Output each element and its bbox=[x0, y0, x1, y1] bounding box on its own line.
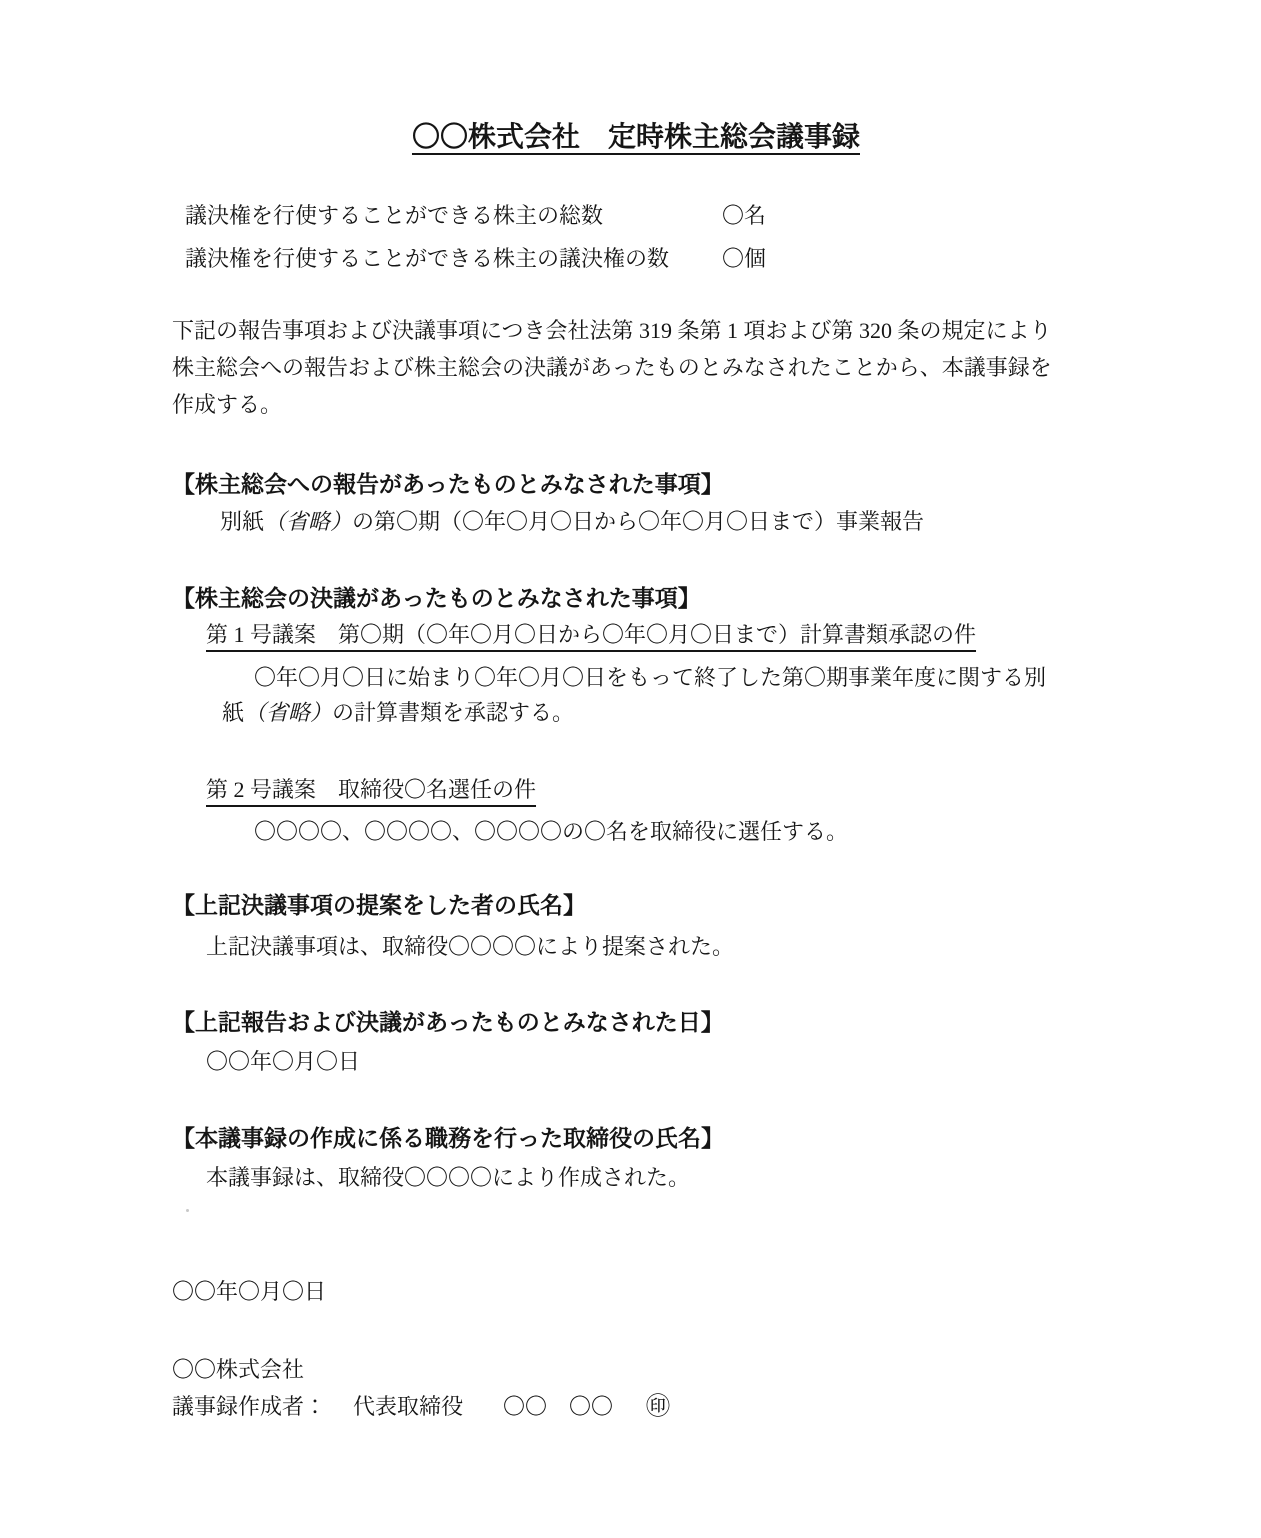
proposal-1-body-line1: 〇年〇月〇日に始まり〇年〇月〇日をもって終了した第〇期事業年度に関する別 bbox=[254, 660, 1046, 695]
author-section-body: 本議事録は、取締役〇〇〇〇により作成された。 bbox=[206, 1161, 690, 1195]
document-page: 〇〇株式会社 定時株主総会議事録 議決権を行使することができる株主の総数 〇名 … bbox=[0, 0, 1261, 1538]
author-section-heading: 【本議事録の作成に係る職務を行った取締役の氏名】 bbox=[172, 1122, 724, 1154]
report-body-omitted-note: （省略） bbox=[264, 509, 352, 534]
proposal-2-body: 〇〇〇〇、〇〇〇〇、〇〇〇〇の〇名を取締役に選任する。 bbox=[254, 815, 848, 849]
report-body-suffix: の第〇期（〇年〇月〇日から〇年〇月〇日まで）事業報告 bbox=[352, 509, 924, 534]
proposal-1-line2-suffix: の計算書類を承認する。 bbox=[332, 700, 574, 725]
proposer-section-body: 上記決議事項は、取締役〇〇〇〇により提案された。 bbox=[206, 930, 734, 964]
report-section-heading: 【株主総会への報告があったものとみなされた事項】 bbox=[172, 468, 724, 500]
intro-paragraph: 下記の報告事項および決議事項につき会社法第 319 条第 1 項および第 320… bbox=[172, 312, 1112, 423]
deemed-date-section-body: 〇〇年〇月〇日 bbox=[206, 1045, 360, 1079]
resolution-section-heading: 【株主総会の決議があったものとみなされた事項】 bbox=[172, 582, 701, 614]
deemed-date-section-heading: 【上記報告および決議があったものとみなされた日】 bbox=[172, 1006, 724, 1038]
proposal-1-title: 第 1 号議案 第〇期（〇年〇月〇日から〇年〇月〇日まで）計算書類承認の件 bbox=[206, 618, 976, 652]
voting-shareholders-label: 議決権を行使することができる株主の総数 bbox=[185, 194, 722, 237]
stray-mark bbox=[186, 1209, 189, 1212]
footer-company-name: 〇〇株式会社 bbox=[172, 1353, 304, 1387]
report-section-body: 別紙（省略）の第〇期（〇年〇月〇日から〇年〇月〇日まで）事業報告 bbox=[220, 505, 924, 539]
maker-label: 議事録作成者： bbox=[172, 1390, 326, 1424]
footer-maker-row: 議事録作成者： 代表取締役 〇〇 〇〇 ㊞ bbox=[172, 1390, 670, 1424]
seal-mark-icon: ㊞ bbox=[646, 1390, 670, 1424]
document-title: 〇〇株式会社 定時株主総会議事録 bbox=[172, 119, 1100, 155]
voting-rights-count-row: 議決権を行使することができる株主の議決権の数 〇個 bbox=[185, 237, 766, 280]
proposer-section-heading: 【上記決議事項の提案をした者の氏名】 bbox=[172, 889, 586, 921]
voting-rights-count-label: 議決権を行使することができる株主の議決権の数 bbox=[185, 237, 722, 280]
proposal-2-title: 第 2 号議案 取締役〇名選任の件 bbox=[206, 773, 536, 807]
voting-shareholders-row: 議決権を行使することができる株主の総数 〇名 bbox=[185, 194, 766, 237]
proposal-1-omitted-note: （省略） bbox=[244, 700, 332, 725]
footer-date: 〇〇年〇月〇日 bbox=[172, 1275, 326, 1309]
voting-rights-count-value: 〇個 bbox=[722, 237, 766, 280]
maker-name: 〇〇 〇〇 bbox=[503, 1390, 613, 1424]
maker-title: 代表取締役 bbox=[353, 1390, 463, 1424]
proposal-1-body-line2: 紙（省略）の計算書類を承認する。 bbox=[222, 695, 574, 730]
voting-rights-block: 議決権を行使することができる株主の総数 〇名 議決権を行使することができる株主の… bbox=[185, 194, 766, 280]
voting-shareholders-value: 〇名 bbox=[722, 194, 766, 237]
report-body-prefix: 別紙 bbox=[220, 509, 264, 534]
proposal-1-line2-prefix: 紙 bbox=[222, 700, 244, 725]
